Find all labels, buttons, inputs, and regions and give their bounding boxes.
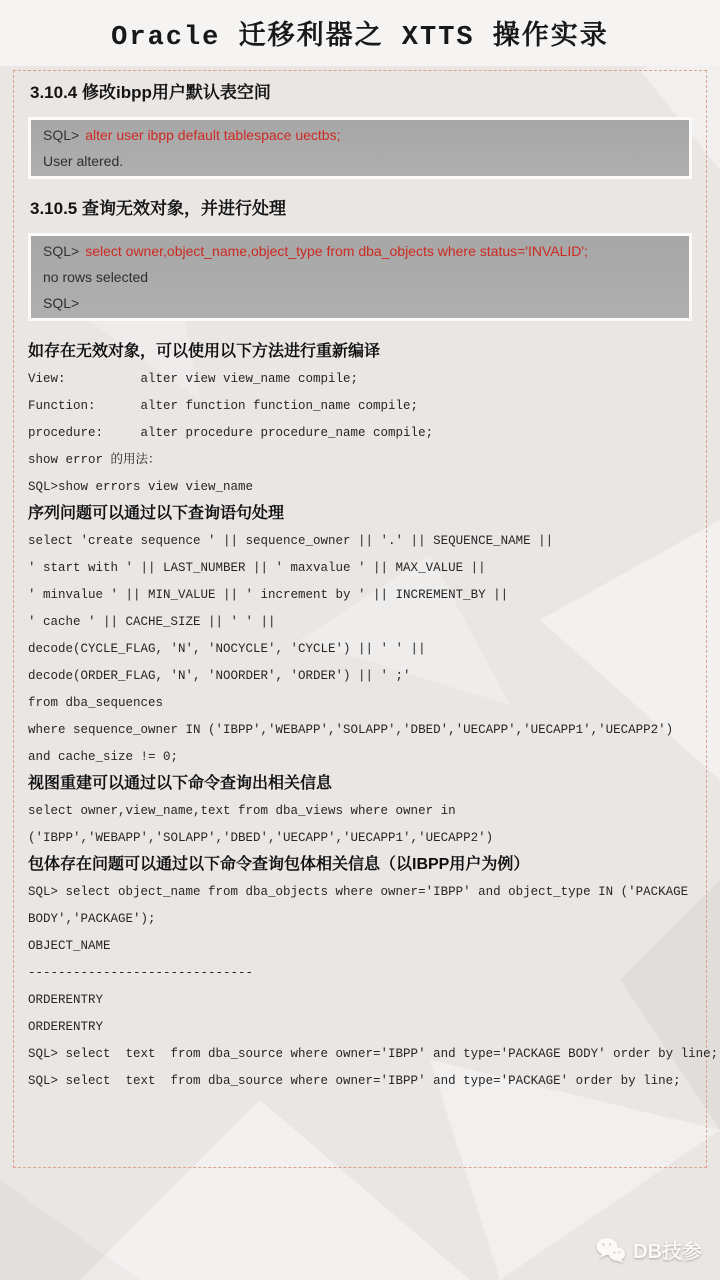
para-package-heading: 包体存在问题可以通过以下命令查询包体相关信息（以IBPP用户为例） xyxy=(28,852,692,877)
code-text-line: and cache_size != 0; xyxy=(28,744,692,771)
code-text-line: decode(ORDER_FLAG, 'N', 'NOORDER', 'ORDE… xyxy=(28,663,692,690)
para-recompile-heading: 如存在无效对象，可以使用以下方法进行重新编译 xyxy=(28,339,692,364)
title-band: Oracle 迁移利器之 XTTS 操作实录 xyxy=(0,0,720,66)
code-text-line: ORDERENTRY xyxy=(28,1014,692,1041)
code-text-line: ' start with ' || LAST_NUMBER || ' maxva… xyxy=(28,555,692,582)
code-text-line: Function: alter function function_name c… xyxy=(28,393,692,420)
code-text-line: ' minvalue ' || MIN_VALUE || ' increment… xyxy=(28,582,692,609)
code-text-line: select 'create sequence ' || sequence_ow… xyxy=(28,528,692,555)
sql-code-block-2: SQL>select owner,object_name,object_type… xyxy=(28,233,692,321)
page-title: Oracle 迁移利器之 XTTS 操作实录 xyxy=(111,13,609,53)
sql-command: alter user ibpp default tablespace uectb… xyxy=(85,127,340,143)
code-text-line: ('IBPP','WEBAPP','SOLAPP','DBED','UECAPP… xyxy=(28,825,692,852)
para-sequence-heading: 序列问题可以通过以下查询语句处理 xyxy=(28,501,692,526)
code-prompt-line: SQL> xyxy=(43,290,677,316)
code-text-line: ' cache ' || CACHE_SIZE || ' ' || xyxy=(28,609,692,636)
code-output-line: no rows selected xyxy=(43,264,677,290)
watermark-label: DB技参 xyxy=(633,1235,702,1264)
content-frame: 3.10.4 修改ibpp用户默认表空间 SQL>alter user ibpp… xyxy=(13,70,707,1168)
section-heading-3-10-4: 3.10.4 修改ibpp用户默认表空间 xyxy=(30,81,692,105)
section-heading-3-10-5: 3.10.5 查询无效对象，并进行处理 xyxy=(30,197,692,221)
code-separator-line: ------------------------------ xyxy=(28,960,692,987)
code-text-line: SQL>show errors view view_name xyxy=(28,474,692,501)
sql-command: select owner,object_name,object_type fro… xyxy=(85,243,588,259)
code-output-line: User altered. xyxy=(43,148,677,174)
para-view-heading: 视图重建可以通过以下命令查询出相关信息 xyxy=(28,771,692,796)
code-text-line: ORDERENTRY xyxy=(28,987,692,1014)
code-text-line: from dba_sequences xyxy=(28,690,692,717)
code-text-line: where sequence_owner IN ('IBPP','WEBAPP'… xyxy=(28,717,692,744)
code-text-line: BODY','PACKAGE'); xyxy=(28,906,692,933)
code-text-line: show error 的用法： xyxy=(28,447,692,474)
watermark: DB技参 xyxy=(596,1235,702,1264)
code-text-line: decode(CYCLE_FLAG, 'N', 'NOCYCLE', 'CYCL… xyxy=(28,636,692,663)
code-text-line: SQL> select text from dba_source where o… xyxy=(28,1068,692,1095)
code-text-line: OBJECT_NAME xyxy=(28,933,692,960)
code-text-line: SQL> select text from dba_source where o… xyxy=(28,1041,692,1068)
sql-prompt: SQL> xyxy=(43,243,79,259)
sql-code-block-1: SQL>alter user ibpp default tablespace u… xyxy=(28,117,692,179)
sql-prompt: SQL> xyxy=(43,127,79,143)
code-line: SQL>select owner,object_name,object_type… xyxy=(43,238,677,264)
code-text-line: procedure: alter procedure procedure_nam… xyxy=(28,420,692,447)
article-page: { "header": { "title": "Oracle 迁移利器之 XTT… xyxy=(0,0,720,1280)
code-text-line: SQL> select object_name from dba_objects… xyxy=(28,879,692,906)
code-text-line: select owner,view_name,text from dba_vie… xyxy=(28,798,692,825)
code-line: SQL>alter user ibpp default tablespace u… xyxy=(43,122,677,148)
code-text-line: View: alter view view_name compile; xyxy=(28,366,692,393)
wechat-icon xyxy=(596,1237,626,1263)
